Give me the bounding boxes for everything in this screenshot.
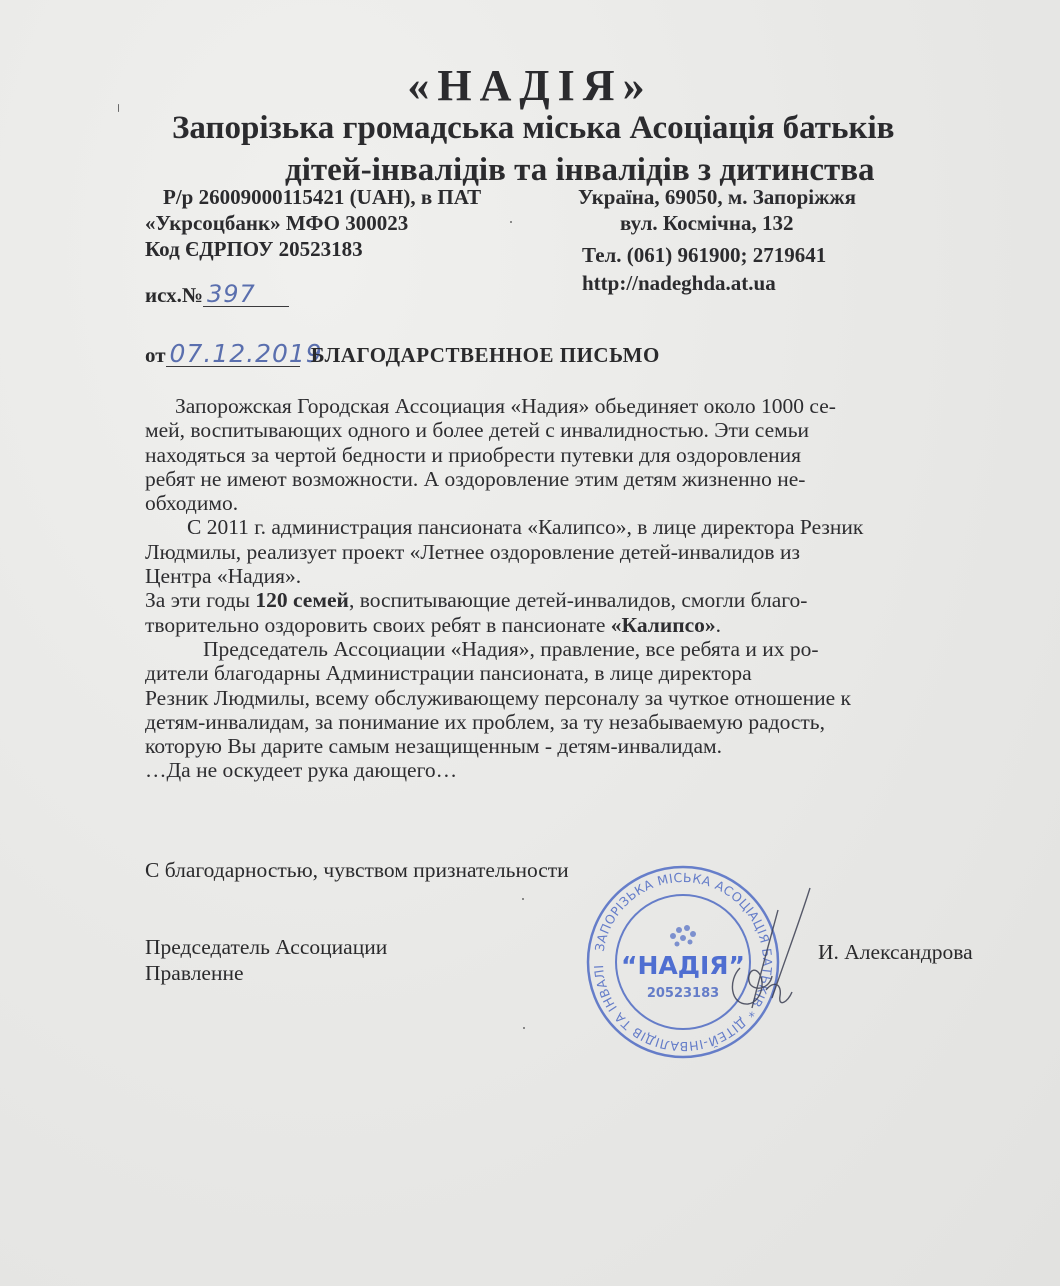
bank-account: Р/р 26009000115421 (UAH), в ПАТ <box>145 184 481 210</box>
handwritten-signature <box>700 880 820 1020</box>
text-span: За эти годы <box>145 588 255 612</box>
contact-details: Україна, 69050, м. Запоріжжя вул. Косміч… <box>578 184 856 296</box>
text-line: Запорожская Городская Ассоциация «Надия»… <box>145 394 1015 418</box>
out-no-label: исх.№ <box>145 283 203 307</box>
letterhead-title: «НАДІЯ» <box>0 60 1060 111</box>
paragraph-1: Запорожская Городская Ассоциация «Надия»… <box>145 394 1015 515</box>
org-name-line1: Запорізька громадська міська Асоціація б… <box>172 110 894 147</box>
paragraph-3: За эти годы 120 семей, воспитывающие дет… <box>145 588 1015 637</box>
text-span: творительно оздоровить своих ребят в пан… <box>145 613 611 637</box>
text-line: ребят не имеют возможности. А оздоровлен… <box>145 467 1015 491</box>
text-line: С 2011 г. администрация пансионата «Кали… <box>145 515 1015 539</box>
text-line: которую Вы дарите самым незащищенным - д… <box>145 734 1015 758</box>
date-label: от <box>145 343 166 367</box>
paper-speck <box>510 221 512 223</box>
outgoing-number: исх.№397 <box>145 282 289 308</box>
signatory-position: Председатель Ассоциации Правленне <box>145 934 387 986</box>
website-link[interactable]: http://nadeghda.at.ua <box>578 270 856 296</box>
signatory-name: И. Александрова <box>818 940 973 965</box>
out-no-value: 397 <box>203 282 289 307</box>
bank-details: Р/р 26009000115421 (UAH), в ПАТ «Укрсоцб… <box>145 184 481 262</box>
paragraph-4: Председатель Ассоциации «Надия», правлен… <box>145 637 1015 783</box>
text-line: Резник Людмилы, всему обслуживающему пер… <box>145 686 1015 710</box>
text-line: Людмилы, реализует проект «Летнее оздоро… <box>145 540 1015 564</box>
paragraph-2: С 2011 г. администрация пансионата «Кали… <box>145 515 1015 588</box>
text-line: …Да не оскудеет рука дающего… <box>145 758 1015 782</box>
text-line: Председатель Ассоциации «Надия», правлен… <box>145 637 1015 661</box>
position-line2: Правленне <box>145 960 387 986</box>
text-span: , воспитывающие детей-инвалидов, смогли … <box>349 588 808 612</box>
families-count: 120 семей <box>255 588 349 612</box>
text-line: находяться за чертой бедности и приобрес… <box>145 443 1015 467</box>
paper-speck <box>522 898 524 900</box>
text-line: За эти годы 120 семей, воспитывающие дет… <box>145 588 1015 612</box>
text-span: . <box>716 613 721 637</box>
edrpou-code: Код ЄДРПОУ 20523183 <box>145 236 481 262</box>
date-and-heading: от07.12.2019 БЛАГОДАРСТВЕННОЕ ПИСЬМО <box>145 342 660 368</box>
phone: Тел. (061) 961900; 2719641 <box>578 242 856 268</box>
text-line: мей, воспитывающих одного и более детей … <box>145 418 1015 442</box>
pension-name: «Калипсо» <box>611 613 716 637</box>
closing-phrase: С благодарностью, чувством признательнос… <box>145 858 569 883</box>
position-line1: Председатель Ассоциации <box>145 934 387 960</box>
text-line: обходимо. <box>145 491 1015 515</box>
stamp-emblem-icon <box>670 925 696 947</box>
letter-body: Запорожская Городская Ассоциация «Надия»… <box>145 394 1015 783</box>
text-line: Центра «Надия». <box>145 564 1015 588</box>
bank-name: «Укрсоцбанк» МФО 300023 <box>145 210 481 236</box>
text-line: дители благодарны Администрации пансиона… <box>145 661 1015 685</box>
paper-speck <box>118 104 119 112</box>
text-line: творительно оздоровить своих ребят в пан… <box>145 613 1015 637</box>
text-line: детям-инвалидам, за понимание их проблем… <box>145 710 1015 734</box>
address-street: вул. Космічна, 132 <box>578 210 856 236</box>
letter-heading: БЛАГОДАРСТВЕННОЕ ПИСЬМО <box>311 343 660 367</box>
paper-speck <box>523 1027 525 1029</box>
address-city: Україна, 69050, м. Запоріжжя <box>578 184 856 210</box>
date-value: 07.12.2019 <box>166 342 300 367</box>
